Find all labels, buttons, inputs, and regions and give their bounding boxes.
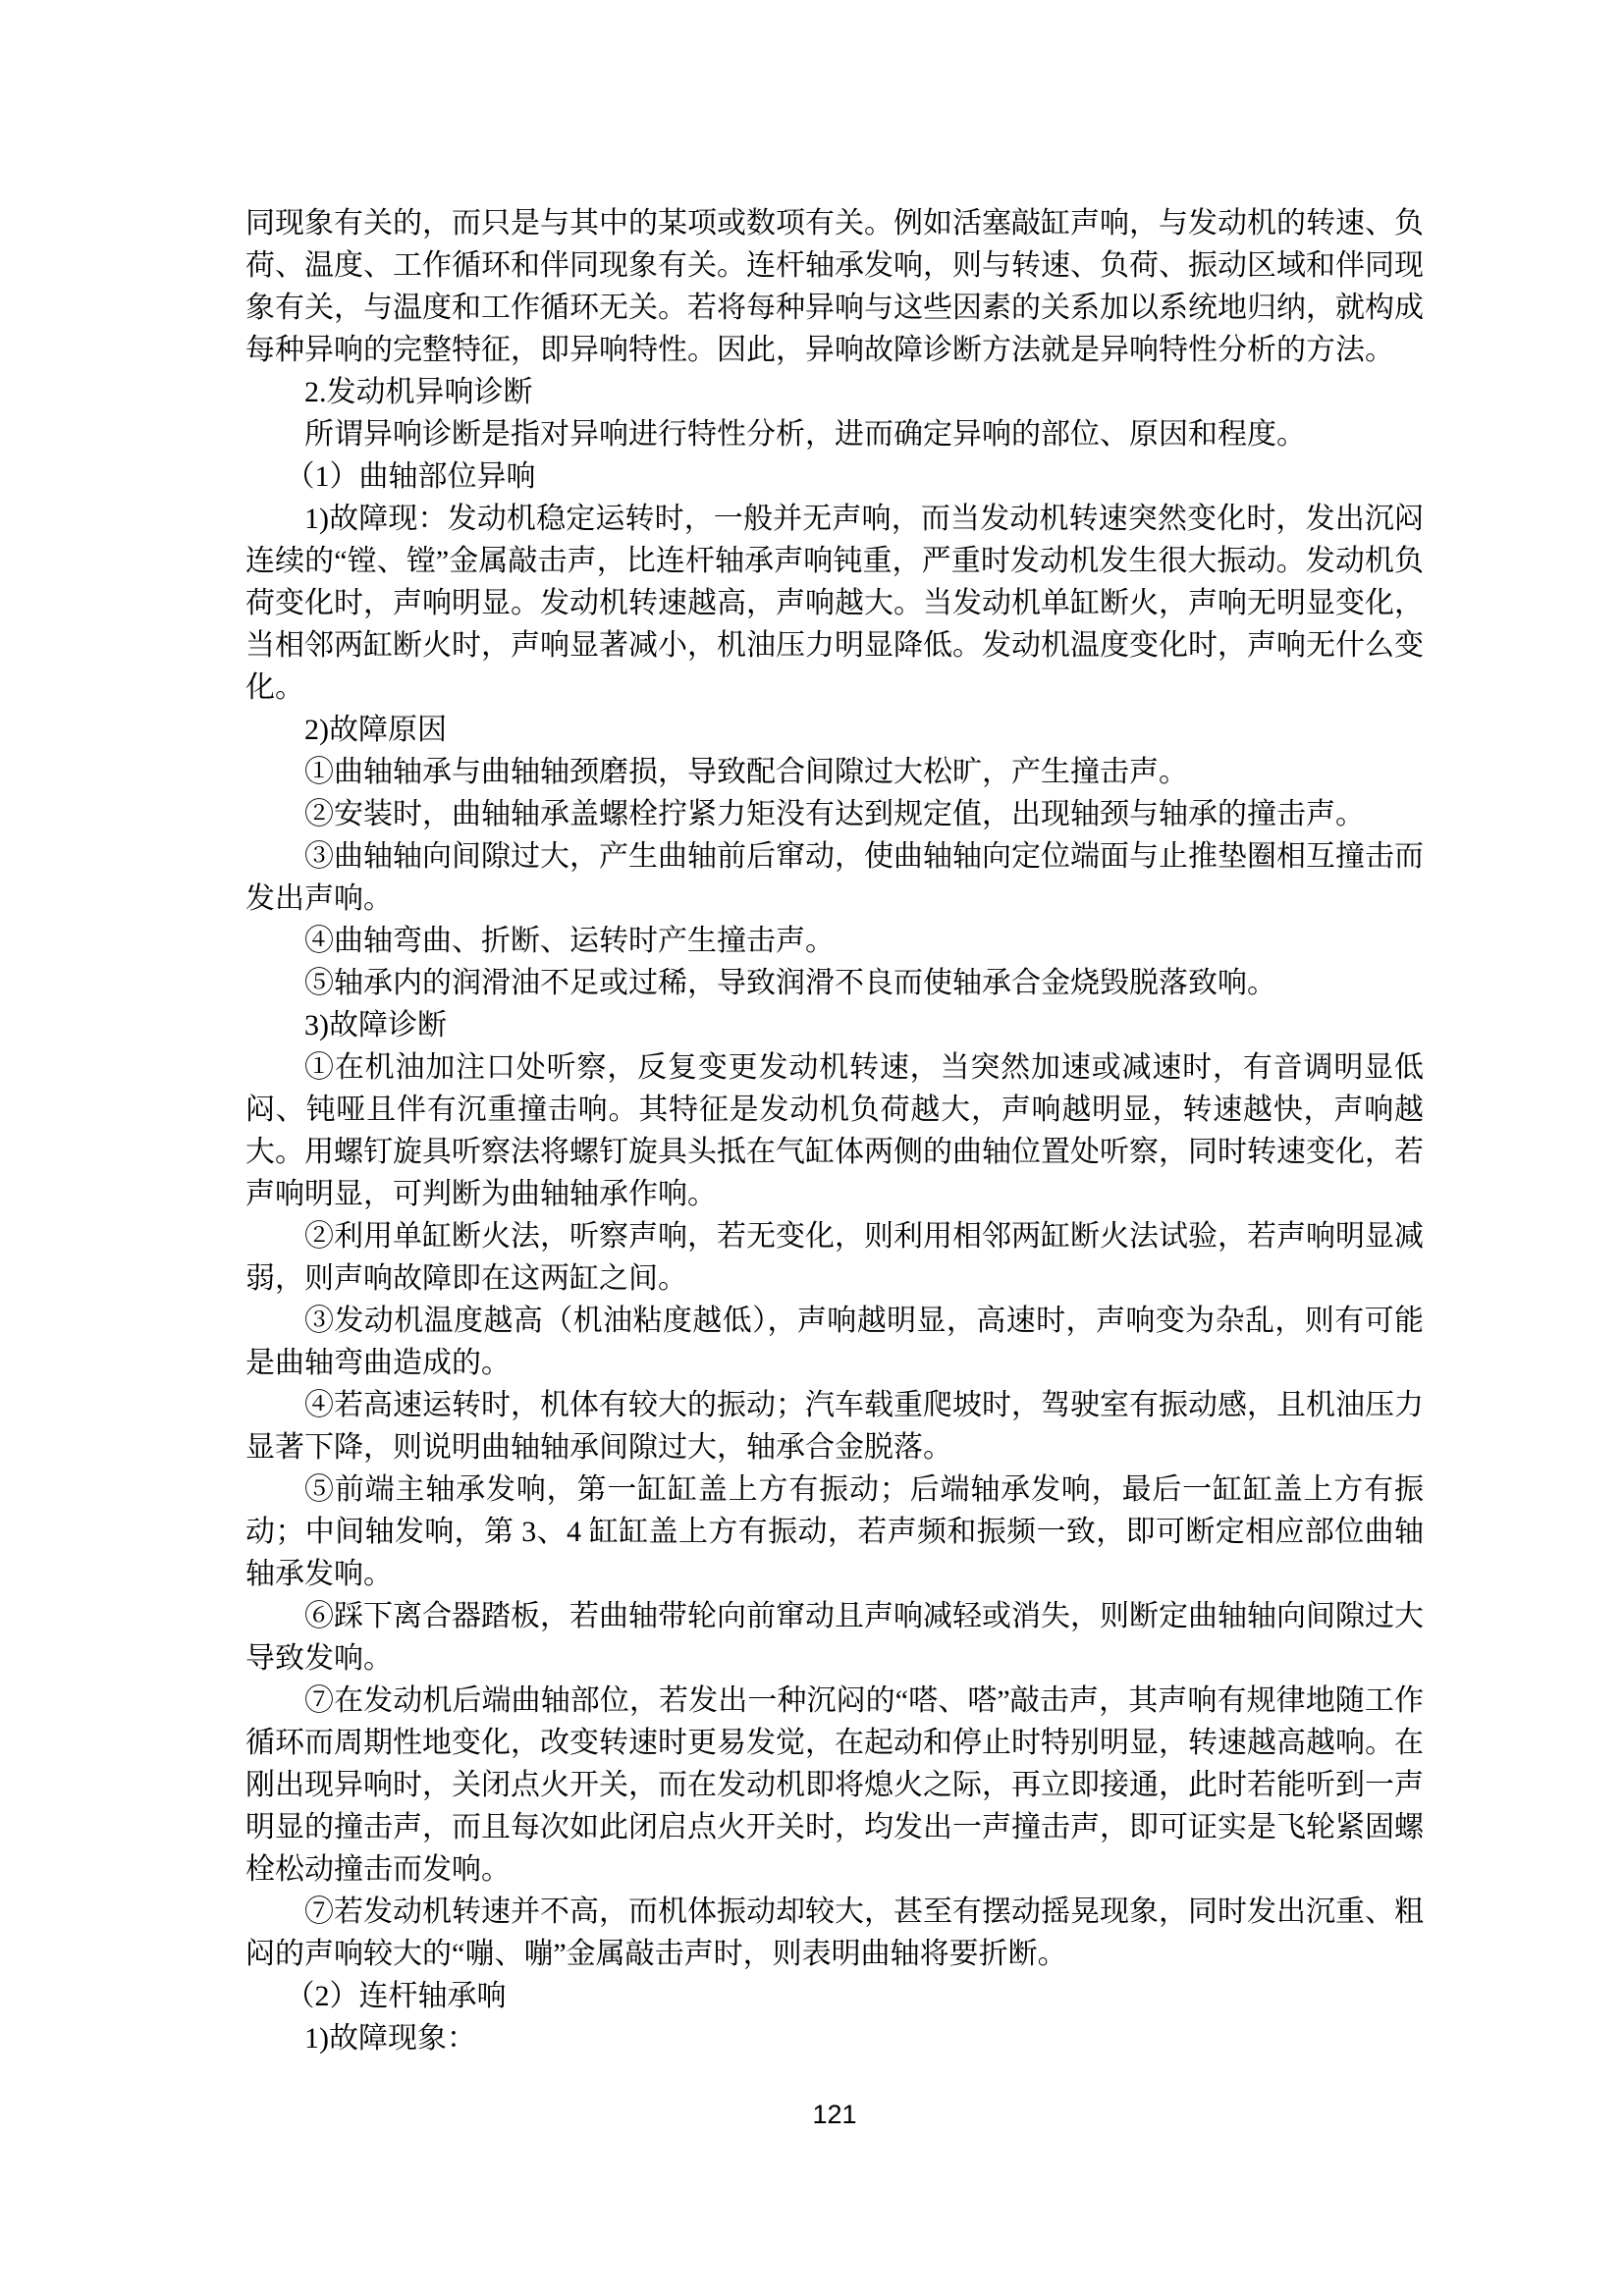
page-body-text: 同现象有关的，而只是与其中的某项或数项有关。例如活塞敲缸声响，与发动机的转速、负…	[245, 202, 1424, 2059]
subheading-1-crankshaft-noise: （1）曲轴部位异响	[245, 455, 1424, 498]
list-item-cause-1: ①曲轴轴承与曲轴轴颈磨损，导致配合间隙过大松旷，产生撞击声。	[245, 751, 1424, 793]
paragraph-intro-continuation: 同现象有关的，而只是与其中的某项或数项有关。例如活塞敲缸声响，与发动机的转速、负…	[245, 202, 1424, 371]
page-number: 121	[245, 2099, 1424, 2130]
list-item-cause-3: ③曲轴轴向间隙过大，产生曲轴前后窜动，使曲轴轴向定位端面与止推垫圈相互撞击而发出…	[245, 835, 1424, 920]
paragraph-fault-phenomenon-2: 1)故障现象：	[245, 2017, 1424, 2059]
paragraph-fault-phenomenon: 1)故障现：发动机稳定运转时，一般并无声响，而当发动机转速突然变化时，发出沉闷连…	[245, 498, 1424, 709]
list-item-diagnosis-4: ④若高速运转时，机体有较大的振动；汽车载重爬坡时，驾驶室有振动感，且机油压力显著…	[245, 1384, 1424, 1468]
subheading-fault-diagnosis: 3)故障诊断	[245, 1004, 1424, 1046]
heading-section-2-engine-noise-diagnosis: 2.发动机异响诊断	[245, 371, 1424, 413]
subheading-2-connecting-rod-bearing-noise: （2）连杆轴承响	[245, 1975, 1424, 2017]
list-item-cause-4: ④曲轴弯曲、折断、运转时产生撞击声。	[245, 920, 1424, 962]
list-item-diagnosis-8: ⑦若发动机转速并不高，而机体振动却较大，甚至有摆动摇晃现象，同时发出沉重、粗闷的…	[245, 1891, 1424, 1975]
list-item-diagnosis-7: ⑦在发动机后端曲轴部位，若发出一种沉闷的“嗒、嗒”敲击声，其声响有规律地随工作循…	[245, 1680, 1424, 1891]
list-item-diagnosis-5: ⑤前端主轴承发响，第一缸缸盖上方有振动；后端轴承发响，最后一缸缸盖上方有振动；中…	[245, 1468, 1424, 1595]
list-item-diagnosis-1: ①在机油加注口处听察，反复变更发动机转速，当突然加速或减速时，有音调明显低闷、钝…	[245, 1046, 1424, 1215]
list-item-diagnosis-3: ③发动机温度越高（机油粘度越低），声响越明显，高速时，声响变为杂乱，则有可能是曲…	[245, 1300, 1424, 1384]
list-item-diagnosis-6: ⑥踩下离合器踏板，若曲轴带轮向前窜动且声响减轻或消失，则断定曲轴轴向间隙过大导致…	[245, 1595, 1424, 1680]
document-page: 同现象有关的，而只是与其中的某项或数项有关。例如活塞敲缸声响，与发动机的转速、负…	[0, 0, 1624, 2296]
list-item-cause-2: ②安装时，曲轴轴承盖螺栓拧紧力矩没有达到规定值，出现轴颈与轴承的撞击声。	[245, 793, 1424, 835]
subheading-fault-causes: 2)故障原因	[245, 709, 1424, 751]
list-item-cause-5: ⑤轴承内的润滑油不足或过稀，导致润滑不良而使轴承合金烧毁脱落致响。	[245, 962, 1424, 1004]
list-item-diagnosis-2: ②利用单缸断火法，听察声响，若无变化，则利用相邻两缸断火法试验，若声响明显减弱，…	[245, 1215, 1424, 1300]
paragraph-noise-diagnosis-definition: 所谓异响诊断是指对异响进行特性分析，进而确定异响的部位、原因和程度。	[245, 413, 1424, 455]
